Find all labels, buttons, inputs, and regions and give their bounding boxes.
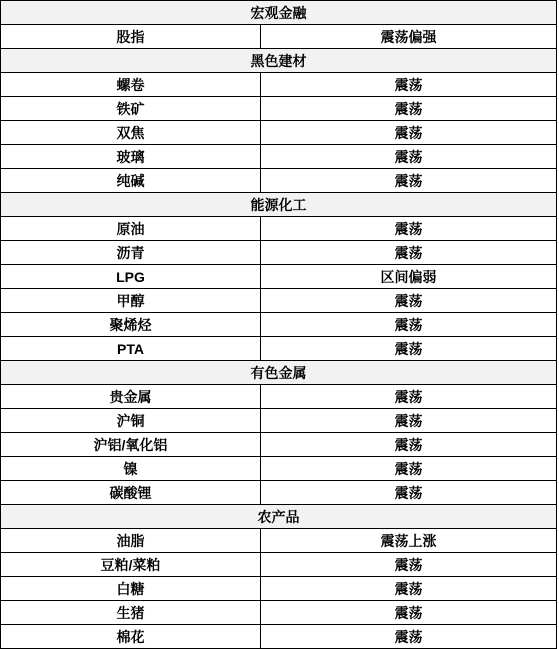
commodity-row: PTA震荡 bbox=[1, 337, 557, 361]
commodity-name: 聚烯烃 bbox=[1, 313, 261, 337]
commodity-row: 碳酸锂震荡 bbox=[1, 481, 557, 505]
commodity-outlook: 震荡 bbox=[261, 97, 557, 121]
commodity-name: 铁矿 bbox=[1, 97, 261, 121]
section-header-row: 黑色建材 bbox=[1, 49, 557, 73]
commodity-name: 双焦 bbox=[1, 121, 261, 145]
commodity-outlook: 震荡 bbox=[261, 289, 557, 313]
section-title: 能源化工 bbox=[1, 193, 557, 217]
section-header-row: 能源化工 bbox=[1, 193, 557, 217]
commodity-outlook: 震荡 bbox=[261, 337, 557, 361]
commodity-name: 镍 bbox=[1, 457, 261, 481]
section-title: 黑色建材 bbox=[1, 49, 557, 73]
commodity-name: 沥青 bbox=[1, 241, 261, 265]
commodity-row: 甲醇震荡 bbox=[1, 289, 557, 313]
market-outlook-table: 宏观金融股指震荡偏强黑色建材螺卷震荡铁矿震荡双焦震荡玻璃震荡纯碱震荡能源化工原油… bbox=[0, 0, 557, 649]
commodity-outlook: 震荡 bbox=[261, 385, 557, 409]
commodity-name: 白糖 bbox=[1, 577, 261, 601]
commodity-name: 玻璃 bbox=[1, 145, 261, 169]
commodity-outlook: 震荡 bbox=[261, 313, 557, 337]
commodity-outlook: 震荡 bbox=[261, 601, 557, 625]
commodity-outlook: 震荡 bbox=[261, 121, 557, 145]
commodity-name: 螺卷 bbox=[1, 73, 261, 97]
commodity-row: 双焦震荡 bbox=[1, 121, 557, 145]
commodity-outlook: 震荡偏强 bbox=[261, 25, 557, 49]
commodity-outlook: 震荡 bbox=[261, 73, 557, 97]
commodity-name: 原油 bbox=[1, 217, 261, 241]
commodity-row: 白糖震荡 bbox=[1, 577, 557, 601]
commodity-row: 玻璃震荡 bbox=[1, 145, 557, 169]
section-header-row: 有色金属 bbox=[1, 361, 557, 385]
commodity-row: 聚烯烃震荡 bbox=[1, 313, 557, 337]
commodity-name: 生猪 bbox=[1, 601, 261, 625]
commodity-row: 沪铝/氧化铝震荡 bbox=[1, 433, 557, 457]
commodity-row: 原油震荡 bbox=[1, 217, 557, 241]
commodity-row: 纯碱震荡 bbox=[1, 169, 557, 193]
commodity-row: 股指震荡偏强 bbox=[1, 25, 557, 49]
commodity-name: 油脂 bbox=[1, 529, 261, 553]
commodity-outlook: 震荡 bbox=[261, 553, 557, 577]
commodity-row: 棉花震荡 bbox=[1, 625, 557, 649]
section-header-row: 农产品 bbox=[1, 505, 557, 529]
commodity-outlook: 震荡 bbox=[261, 145, 557, 169]
commodity-outlook: 区间偏弱 bbox=[261, 265, 557, 289]
section-title: 有色金属 bbox=[1, 361, 557, 385]
commodity-row: 镍震荡 bbox=[1, 457, 557, 481]
commodity-row: 生猪震荡 bbox=[1, 601, 557, 625]
commodity-outlook: 震荡 bbox=[261, 577, 557, 601]
outlook-table-body: 宏观金融股指震荡偏强黑色建材螺卷震荡铁矿震荡双焦震荡玻璃震荡纯碱震荡能源化工原油… bbox=[1, 1, 557, 649]
section-header-row: 宏观金融 bbox=[1, 1, 557, 25]
commodity-name: 纯碱 bbox=[1, 169, 261, 193]
commodity-name: 豆粕/菜粕 bbox=[1, 553, 261, 577]
commodity-name: 甲醇 bbox=[1, 289, 261, 313]
commodity-name: 股指 bbox=[1, 25, 261, 49]
commodity-row: 沪铜震荡 bbox=[1, 409, 557, 433]
section-title: 宏观金融 bbox=[1, 1, 557, 25]
commodity-row: 豆粕/菜粕震荡 bbox=[1, 553, 557, 577]
commodity-row: 铁矿震荡 bbox=[1, 97, 557, 121]
commodity-row: 沥青震荡 bbox=[1, 241, 557, 265]
commodity-outlook: 震荡 bbox=[261, 433, 557, 457]
commodity-row: 油脂震荡上涨 bbox=[1, 529, 557, 553]
commodity-outlook: 震荡 bbox=[261, 625, 557, 649]
commodity-outlook: 震荡 bbox=[261, 241, 557, 265]
commodity-outlook: 震荡 bbox=[261, 481, 557, 505]
commodity-outlook: 震荡 bbox=[261, 169, 557, 193]
commodity-name: LPG bbox=[1, 265, 261, 289]
commodity-row: LPG区间偏弱 bbox=[1, 265, 557, 289]
commodity-name: 贵金属 bbox=[1, 385, 261, 409]
commodity-name: PTA bbox=[1, 337, 261, 361]
commodity-outlook: 震荡 bbox=[261, 409, 557, 433]
commodity-row: 螺卷震荡 bbox=[1, 73, 557, 97]
commodity-outlook: 震荡上涨 bbox=[261, 529, 557, 553]
commodity-outlook: 震荡 bbox=[261, 217, 557, 241]
commodity-name: 沪铝/氧化铝 bbox=[1, 433, 261, 457]
commodity-outlook: 震荡 bbox=[261, 457, 557, 481]
commodity-row: 贵金属震荡 bbox=[1, 385, 557, 409]
commodity-name: 棉花 bbox=[1, 625, 261, 649]
commodity-name: 碳酸锂 bbox=[1, 481, 261, 505]
commodity-name: 沪铜 bbox=[1, 409, 261, 433]
section-title: 农产品 bbox=[1, 505, 557, 529]
